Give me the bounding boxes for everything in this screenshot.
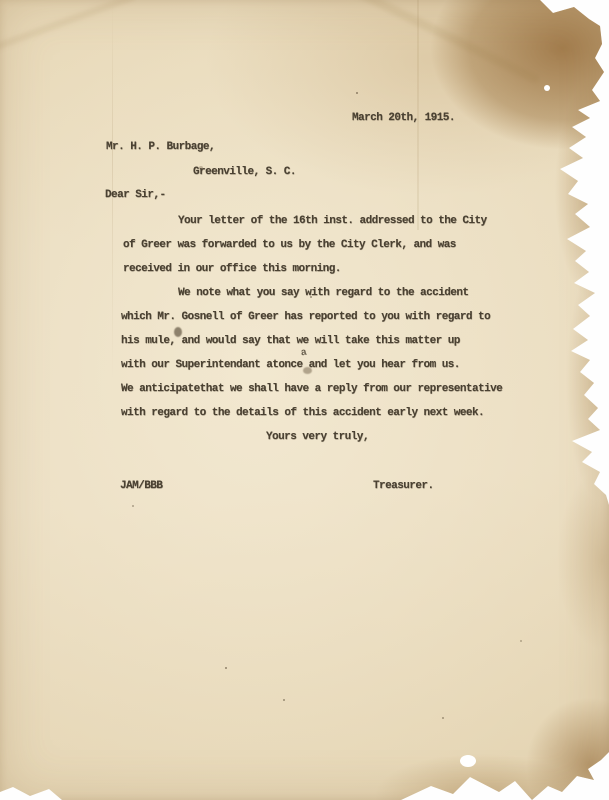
body-line: his mule, and would say that we will tak…	[121, 335, 460, 348]
body-line: received in our office this morning.	[123, 263, 341, 276]
diagonal-stain-streak	[339, 0, 541, 85]
paper-pinhole	[544, 85, 550, 91]
overstruck-character: a	[300, 348, 308, 360]
paper-hole	[460, 755, 476, 767]
body-line: Your letter of the 16th inst. addressed …	[178, 215, 487, 228]
body-line: of Greer was forwarded to us by the City…	[123, 239, 456, 252]
scanned-letter-page: March 20th, 1915. Mr. H. P. Burbage, Gre…	[0, 0, 609, 800]
body-line: which Mr. Gosnell of Greer has reported …	[121, 311, 490, 324]
closing-line: Yours very truly,	[266, 431, 369, 444]
body-line: We note what you say with regard to the …	[178, 287, 468, 300]
diagonal-crease	[0, 0, 136, 54]
body-line: with our Superintendant atonce and let y…	[121, 359, 460, 372]
date-line: March 20th, 1915.	[352, 112, 455, 125]
salutation-line: Dear Sir,-	[105, 189, 166, 202]
aged-paper-sheet: March 20th, 1915. Mr. H. P. Burbage, Gre…	[0, 0, 609, 800]
reference-initials: JAM/BBB	[120, 480, 162, 493]
body-line: We anticipatethat we shall have a reply …	[121, 383, 502, 396]
recipient-name-line: Mr. H. P. Burbage,	[106, 141, 215, 154]
paper-specks	[356, 92, 358, 94]
body-line: with regard to the details of this accid…	[121, 407, 484, 420]
signature-title: Treasurer.	[373, 480, 434, 493]
recipient-city-line: Greenville, S. C.	[193, 166, 296, 179]
